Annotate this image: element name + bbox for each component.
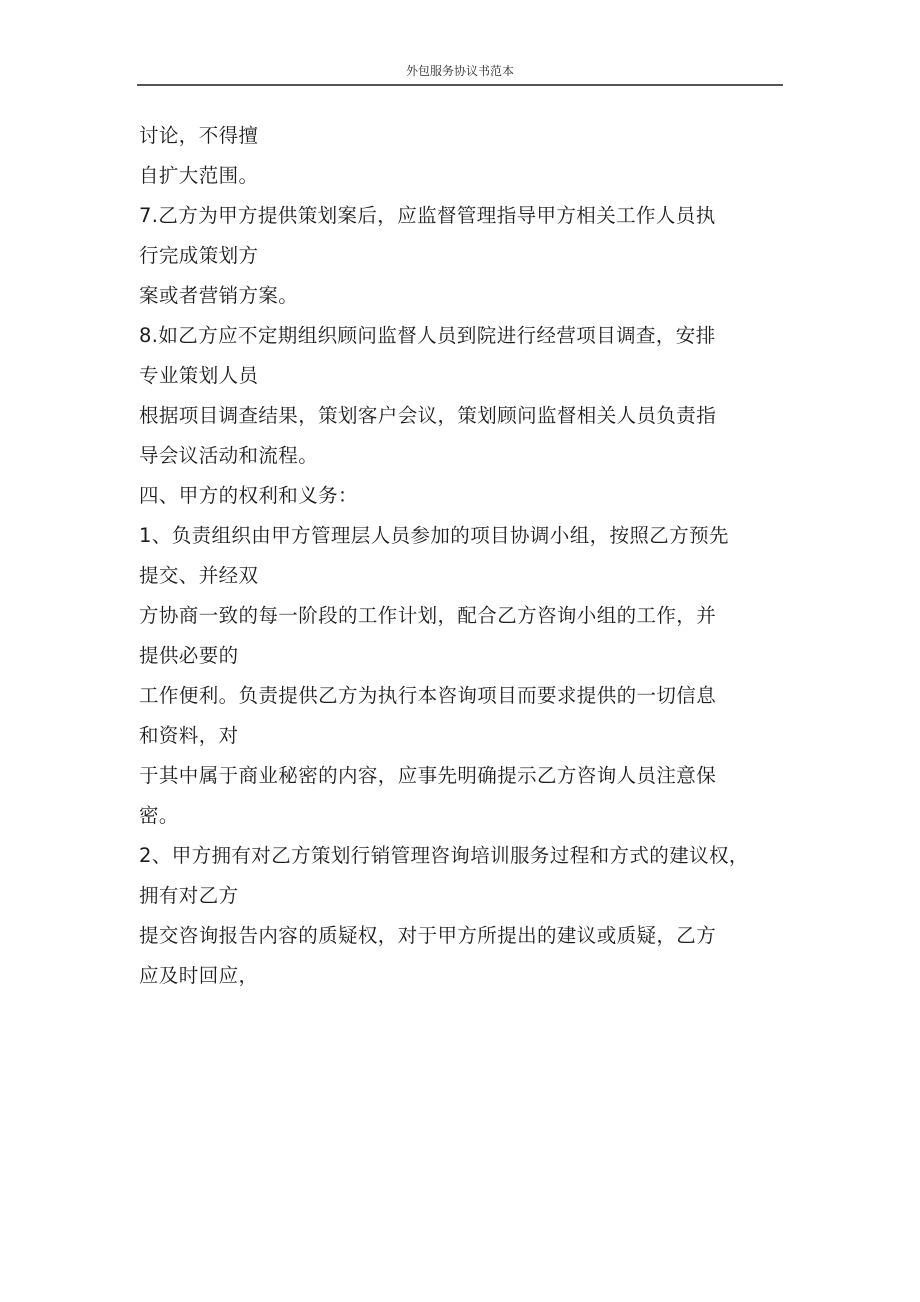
text-line: 根据项目调查结果，策划客户会议，策划顾问监督相关人员负责指 [139,396,799,436]
clause-7-line: 7.乙方为甲方提供策划案后，应监督管理指导甲方相关工作人员执 [139,196,799,236]
text-line: 导会议活动和流程。 [139,436,799,476]
text-line: 密。 [139,796,799,836]
section-heading: 四、甲方的权利和义务： [139,476,799,516]
text-line: 专业策划人员 [139,356,799,396]
text-line: 拥有对乙方 [139,876,799,916]
item-1-line: 1、负责组织由甲方管理层人员参加的项目协调小组，按照乙方预先 [139,516,799,556]
text-line: 方协商一致的每一阶段的工作计划，配合乙方咨询小组的工作，并 [139,596,799,636]
page-header: 外包服务协议书范本 [137,62,783,86]
text-line: 提交咨询报告内容的质疑权，对于甲方所提出的建议或质疑，乙方 [139,916,799,956]
text-line: 提供必要的 [139,636,799,676]
item-2-line: 2、甲方拥有对乙方策划行销管理咨询培训服务过程和方式的建议权， [139,836,799,876]
document-body: 讨论，不得擅 自扩大范围。 7.乙方为甲方提供策划案后，应监督管理指导甲方相关工… [139,116,799,996]
text-line: 提交、并经双 [139,556,799,596]
text-line: 应及时回应， [139,956,799,996]
text-line: 于其中属于商业秘密的内容，应事先明确提示乙方咨询人员注意保 [139,756,799,796]
header-title: 外包服务协议书范本 [137,62,783,80]
text-line: 自扩大范围。 [139,156,799,196]
text-line: 行完成策划方 [139,236,799,276]
text-line: 讨论，不得擅 [139,116,799,156]
text-line: 工作便利。负责提供乙方为执行本咨询项目而要求提供的一切信息 [139,676,799,716]
document-page: 外包服务协议书范本 讨论，不得擅 自扩大范围。 7.乙方为甲方提供策划案后，应监… [0,0,920,1302]
clause-8-line: 8.如乙方应不定期组织顾问监督人员到院进行经营项目调查，安排 [139,316,799,356]
text-line: 案或者营销方案。 [139,276,799,316]
text-line: 和资料，对 [139,716,799,756]
header-divider [137,84,783,86]
